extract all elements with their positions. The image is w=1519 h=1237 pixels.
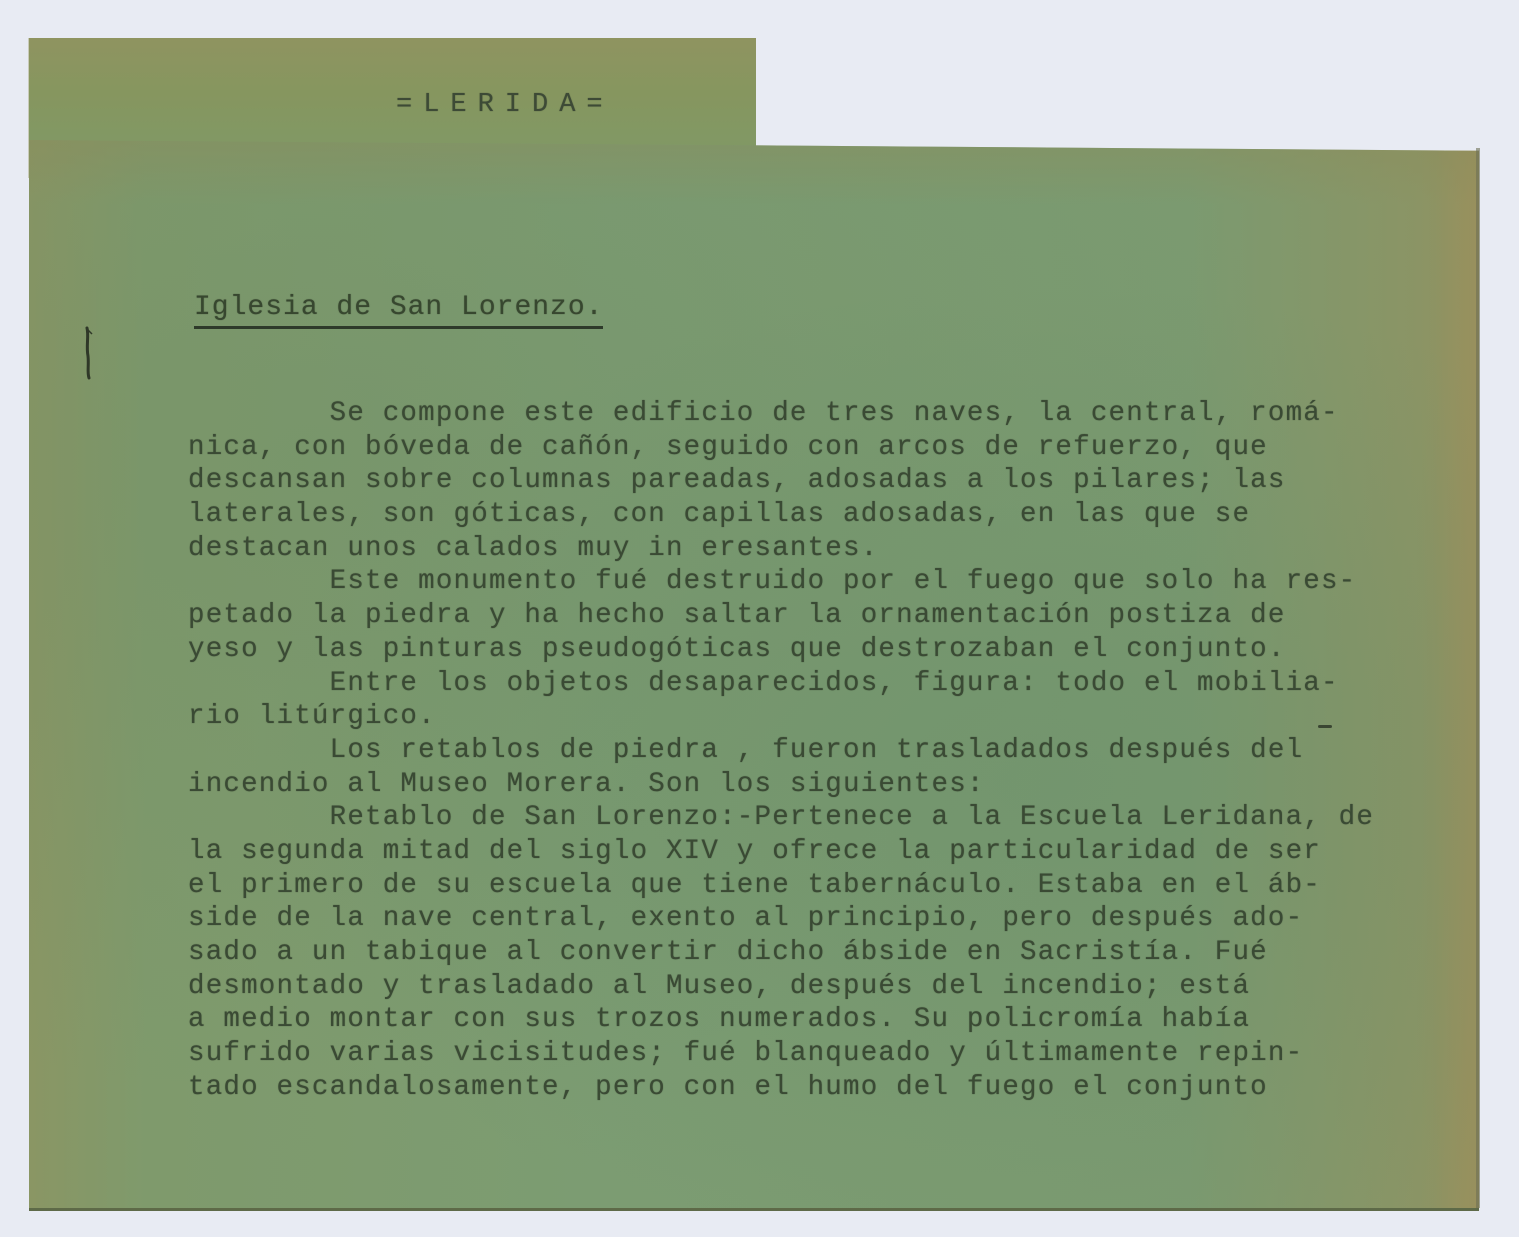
body-line: laterales, son góticas, con capillas ado…: [188, 498, 1374, 532]
body-line: Retablo de San Lorenzo:-Pertenece a la E…: [188, 801, 1374, 835]
body-line: petado la piedra y ha hecho saltar la or…: [188, 599, 1374, 633]
body-line: la segunda mitad del siglo XIV y ofrece …: [188, 835, 1374, 869]
body-line: descansan sobre columnas pareadas, adosa…: [188, 464, 1374, 498]
body-line: side de la nave central, exento al princ…: [188, 902, 1374, 936]
body-line: Los retablos de piedra , fueron traslada…: [188, 734, 1374, 768]
body-line: sado a un tabique al convertir dicho ábs…: [188, 936, 1374, 970]
body-line: destacan unos calados muy in eresantes.: [188, 532, 1374, 566]
body-line: Se compone este edificio de tres naves, …: [188, 397, 1374, 431]
body-line: incendio al Museo Morera. Son los siguie…: [188, 768, 1374, 802]
paper-right-edge: [1476, 148, 1480, 1208]
body-line: a medio montar con sus trozos numerados.…: [188, 1003, 1374, 1037]
body-line: yeso y las pinturas pseudogóticas que de…: [188, 633, 1374, 667]
document-body: Se compone este edificio de tres naves, …: [188, 397, 1374, 1104]
body-line: nica, con bóveda de cañón, seguido con a…: [188, 431, 1374, 465]
document-header: =LERIDA=: [396, 90, 614, 120]
margin-pencil-mark: [83, 326, 93, 380]
body-line: sufrido varias vicisitudes; fué blanquea…: [188, 1037, 1374, 1071]
body-line: tado escandalosamente, pero con el humo …: [188, 1071, 1374, 1105]
body-line: desmontado y trasladado al Museo, despué…: [188, 970, 1374, 1004]
section-heading: Iglesia de San Lorenzo.: [194, 292, 603, 329]
body-line: rio litúrgico.: [188, 700, 1374, 734]
body-line: el primero de su escuela que tiene taber…: [188, 869, 1374, 903]
body-line: Entre los objetos desaparecidos, figura:…: [188, 667, 1374, 701]
body-line: Este monumento fué destruido por el fueg…: [188, 565, 1374, 599]
